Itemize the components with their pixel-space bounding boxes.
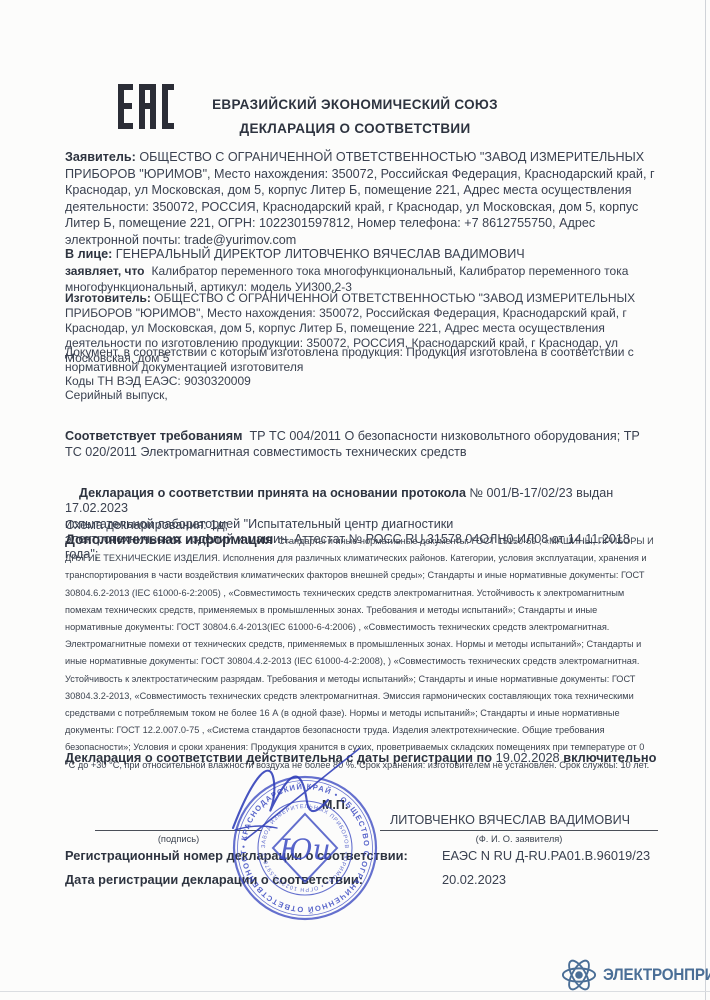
conforms-block: Соответствует требованиямТР ТС 004/2011 … — [65, 428, 657, 460]
in-person-text: ГЕНЕРАЛЬНЫЙ ДИРЕКТОР ЛИТОВЧЕНКО ВЯЧЕСЛАВ… — [116, 247, 525, 261]
atom-icon — [560, 957, 598, 993]
additional-info-block: Дополнительная информацияСтандарты и ины… — [65, 531, 657, 774]
in-person-block: В лице: ГЕНЕРАЛЬНЫЙ ДИРЕКТОР ЛИТОВЧЕНКО … — [65, 246, 657, 263]
additional-info-label: Дополнительная информация — [65, 532, 273, 547]
conforms-label: Соответствует требованиям — [65, 429, 242, 443]
in-person-label: В лице: — [65, 247, 116, 261]
fio-caption: (Ф. И. О. заявителя) — [380, 834, 658, 844]
applicant-label: Заявитель: — [65, 150, 139, 164]
signature-rule-right — [380, 830, 658, 831]
doc-title: ДЕКЛАРАЦИЯ О СООТВЕТСТВИИ — [0, 121, 710, 136]
validity-date: 19.02.2028 — [496, 750, 560, 765]
applicant-fio: ЛИТОВЧЕНКО ВЯЧЕСЛАВ ВАДИМОВИЧ — [390, 813, 630, 827]
union-title: ЕВРАЗИЙСКИЙ ЭКОНОМИЧЕСКИЙ СОЮЗ — [0, 97, 710, 112]
basis-label: Декларация о соответствии принята на осн… — [79, 486, 466, 500]
scan-edge-right — [705, 0, 706, 1000]
document-line: Документ, в соответствии с которым изгот… — [65, 345, 657, 375]
declaration-page: ЕВРАЗИЙСКИЙ ЭКОНОМИЧЕСКИЙ СОЮЗ ДЕКЛАРАЦИ… — [0, 0, 710, 1000]
serial-line: Серийный выпуск, — [65, 388, 657, 403]
electronpribor-logo-text: ЭЛЕКТРОНПРИБОР — [603, 966, 710, 985]
declares-text: Калибратор переменного тока многофункцио… — [65, 264, 628, 294]
validity-suffix: включительно — [560, 750, 657, 765]
additional-info-text: Стандарты и иные нормативные документы: … — [65, 536, 654, 770]
applicant-text: ОБЩЕСТВО С ОГРАНИЧЕННОЙ ОТВЕТСТВЕННОСТЬЮ… — [65, 150, 655, 247]
handwritten-signature — [215, 748, 385, 843]
electronpribor-logo: ЭЛЕКТРОНПРИБОР — [560, 957, 710, 993]
tnved-line: Коды ТН ВЭД ЕАЭС: 9030320009 — [65, 374, 657, 389]
registration-date-value: 20.02.2023 — [442, 872, 506, 887]
declares-label: заявляет, что — [65, 264, 145, 278]
manufacturer-label: Изготовитель: — [65, 291, 154, 305]
applicant-block: Заявитель: ОБЩЕСТВО С ОГРАНИЧЕННОЙ ОТВЕТ… — [65, 149, 657, 248]
registration-number-value: ЕАЭС N RU Д-RU.РА01.В.96019/23 — [442, 848, 650, 863]
